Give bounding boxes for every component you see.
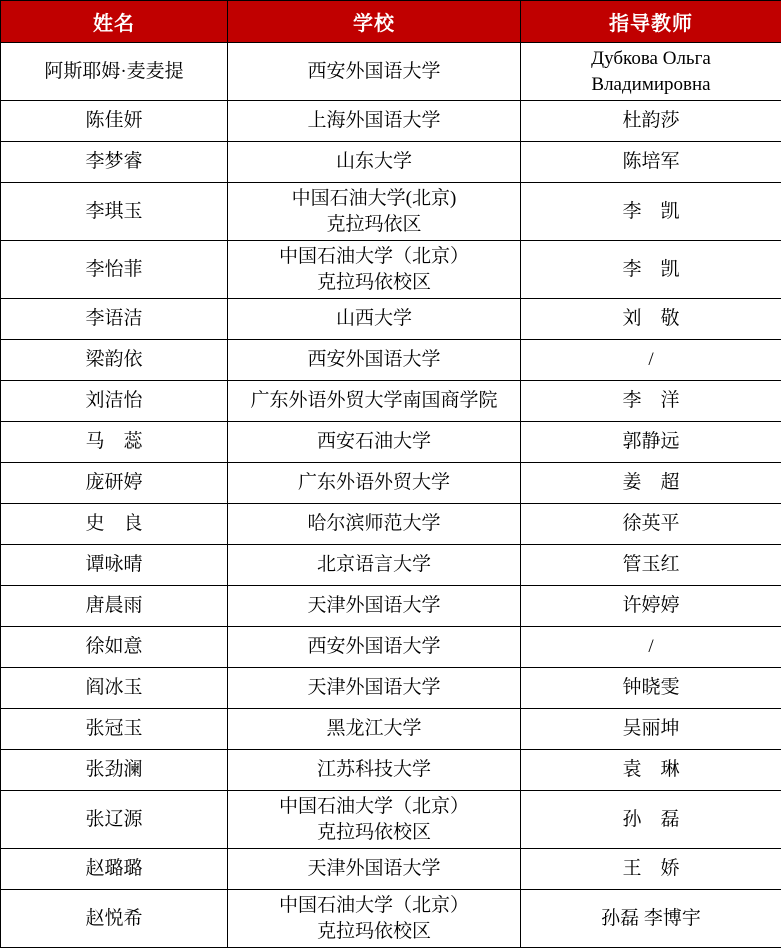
- column-header-name: 姓名: [1, 1, 228, 43]
- school-cell: 广东外语外贸大学南国商学院: [228, 381, 521, 422]
- name-cell: 徐如意: [1, 627, 228, 668]
- table-row: 陈佳妍上海外国语大学杜韵莎: [1, 101, 781, 142]
- advisor-cell: 徐英平: [521, 504, 781, 545]
- table-row: 张劲澜江苏科技大学袁 琳: [1, 750, 781, 791]
- school-cell: 江苏科技大学: [228, 750, 521, 791]
- school-cell: 山西大学: [228, 299, 521, 340]
- name-cell: 赵璐璐: [1, 849, 228, 890]
- name-cell: 史 良: [1, 504, 228, 545]
- table-row: 阿斯耶姆·麦麦提西安外国语大学Дубкова Ольга Владимировн…: [1, 43, 781, 101]
- name-cell: 阿斯耶姆·麦麦提: [1, 43, 228, 101]
- table-row: 赵璐璐天津外国语大学王 娇: [1, 849, 781, 890]
- advisor-cell: 王 娇: [521, 849, 781, 890]
- advisor-cell: 杜韵莎: [521, 101, 781, 142]
- name-cell: 李语洁: [1, 299, 228, 340]
- table-row: 徐如意西安外国语大学/: [1, 627, 781, 668]
- school-cell: 黑龙江大学: [228, 709, 521, 750]
- column-header-school: 学校: [228, 1, 521, 43]
- advisor-cell: 袁 琳: [521, 750, 781, 791]
- name-cell: 谭咏晴: [1, 545, 228, 586]
- advisor-cell: 吴丽坤: [521, 709, 781, 750]
- table-row: 梁韵依西安外国语大学/: [1, 340, 781, 381]
- school-cell: 西安石油大学: [228, 422, 521, 463]
- name-cell: 张劲澜: [1, 750, 228, 791]
- school-cell: 西安外国语大学: [228, 340, 521, 381]
- name-cell: 唐晨雨: [1, 586, 228, 627]
- table-row: 唐晨雨天津外国语大学许婷婷: [1, 586, 781, 627]
- table-body: 阿斯耶姆·麦麦提西安外国语大学Дубкова Ольга Владимировн…: [1, 43, 781, 948]
- table-row: 张辽源中国石油大学（北京） 克拉玛依校区孙 磊: [1, 791, 781, 849]
- school-cell: 上海外国语大学: [228, 101, 521, 142]
- name-cell: 刘洁怡: [1, 381, 228, 422]
- name-cell: 梁韵依: [1, 340, 228, 381]
- school-cell: 山东大学: [228, 142, 521, 183]
- name-cell: 阎冰玉: [1, 668, 228, 709]
- advisor-cell: 孙磊 李博宇: [521, 890, 781, 948]
- school-cell: 西安外国语大学: [228, 627, 521, 668]
- table-row: 李语洁山西大学刘 敬: [1, 299, 781, 340]
- table-row: 李梦睿山东大学陈培军: [1, 142, 781, 183]
- advisor-cell: 郭静远: [521, 422, 781, 463]
- header-row: 姓名 学校 指导教师: [1, 1, 781, 43]
- school-cell: 西安外国语大学: [228, 43, 521, 101]
- advisor-cell: 孙 磊: [521, 791, 781, 849]
- table-row: 谭咏晴北京语言大学管玉红: [1, 545, 781, 586]
- advisor-cell: 钟晓雯: [521, 668, 781, 709]
- table-row: 李怡菲中国石油大学（北京） 克拉玛依校区李 凯: [1, 241, 781, 299]
- name-cell: 李怡菲: [1, 241, 228, 299]
- advisor-cell: 姜 超: [521, 463, 781, 504]
- table-row: 马 蕊西安石油大学郭静远: [1, 422, 781, 463]
- advisor-cell: 管玉红: [521, 545, 781, 586]
- school-cell: 中国石油大学（北京） 克拉玛依校区: [228, 890, 521, 948]
- name-cell: 马 蕊: [1, 422, 228, 463]
- table-row: 史 良哈尔滨师范大学徐英平: [1, 504, 781, 545]
- advisor-cell: 陈培军: [521, 142, 781, 183]
- table-row: 刘洁怡广东外语外贸大学南国商学院李 洋: [1, 381, 781, 422]
- table-row: 庞研婷广东外语外贸大学姜 超: [1, 463, 781, 504]
- table-row: 张冠玉黑龙江大学吴丽坤: [1, 709, 781, 750]
- school-cell: 天津外国语大学: [228, 849, 521, 890]
- name-cell: 李梦睿: [1, 142, 228, 183]
- name-cell: 赵悦希: [1, 890, 228, 948]
- name-cell: 李琪玉: [1, 183, 228, 241]
- name-cell: 张辽源: [1, 791, 228, 849]
- name-cell: 庞研婷: [1, 463, 228, 504]
- name-cell: 张冠玉: [1, 709, 228, 750]
- advisor-cell: 李 凯: [521, 183, 781, 241]
- school-cell: 哈尔滨师范大学: [228, 504, 521, 545]
- school-cell: 天津外国语大学: [228, 586, 521, 627]
- school-cell: 中国石油大学(北京) 克拉玛依区: [228, 183, 521, 241]
- school-cell: 天津外国语大学: [228, 668, 521, 709]
- table-row: 阎冰玉天津外国语大学钟晓雯: [1, 668, 781, 709]
- school-cell: 北京语言大学: [228, 545, 521, 586]
- name-cell: 陈佳妍: [1, 101, 228, 142]
- table-row: 李琪玉中国石油大学(北京) 克拉玛依区李 凯: [1, 183, 781, 241]
- advisor-cell: 李 凯: [521, 241, 781, 299]
- school-cell: 广东外语外贸大学: [228, 463, 521, 504]
- advisor-cell: /: [521, 340, 781, 381]
- column-header-advisor: 指导教师: [521, 1, 781, 43]
- school-cell: 中国石油大学（北京） 克拉玛依校区: [228, 791, 521, 849]
- advisor-cell: Дубкова Ольга Владимировна: [521, 43, 781, 101]
- advisor-cell: /: [521, 627, 781, 668]
- school-cell: 中国石油大学（北京） 克拉玛依校区: [228, 241, 521, 299]
- table-row: 赵悦希中国石油大学（北京） 克拉玛依校区孙磊 李博宇: [1, 890, 781, 948]
- advisor-cell: 许婷婷: [521, 586, 781, 627]
- participants-table: 姓名 学校 指导教师 阿斯耶姆·麦麦提西安外国语大学Дубкова Ольга …: [0, 0, 781, 948]
- advisor-cell: 李 洋: [521, 381, 781, 422]
- advisor-cell: 刘 敬: [521, 299, 781, 340]
